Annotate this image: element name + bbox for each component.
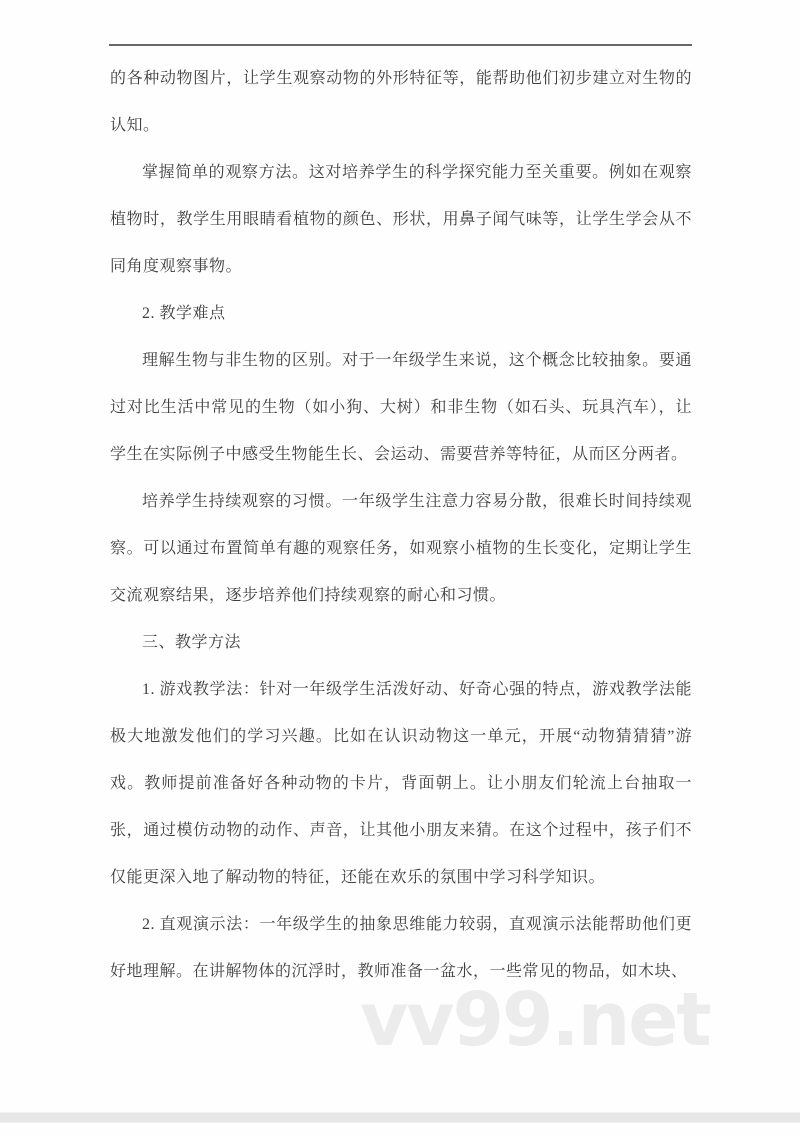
paragraph: 掌握简单的观察方法。这对培养学生的科学探究能力至关重要。例如在观察植物时，教学生… (110, 149, 692, 290)
page-break-band (0, 1112, 800, 1123)
paragraph: 培养学生持续观察的习惯。一年级学生注意力容易分散，很难长时间持续观察。可以通过布… (110, 478, 692, 619)
document-page: 的各种动物图片，让学生观察动物的外形特征等，能帮助他们初步建立对生物的认知。掌握… (0, 0, 800, 1137)
paragraph: 的各种动物图片，让学生观察动物的外形特征等，能帮助他们初步建立对生物的认知。 (110, 55, 692, 149)
section-heading: 2. 教学难点 (110, 290, 692, 337)
paragraph: 理解生物与非生物的区别。对于一年级学生来说，这个概念比较抽象。要通过对比生活中常… (110, 337, 692, 478)
paragraph: 1. 游戏教学法：针对一年级学生活泼好动、好奇心强的特点，游戏教学法能极大地激发… (110, 666, 692, 901)
section-heading: 三、教学方法 (110, 619, 692, 666)
paragraph: 2. 直观演示法：一年级学生的抽象思维能力较弱，直观演示法能帮助他们更好地理解。… (110, 901, 692, 995)
top-divider-rule (109, 44, 692, 46)
document-body: 的各种动物图片，让学生观察动物的外形特征等，能帮助他们初步建立对生物的认知。掌握… (110, 55, 692, 995)
